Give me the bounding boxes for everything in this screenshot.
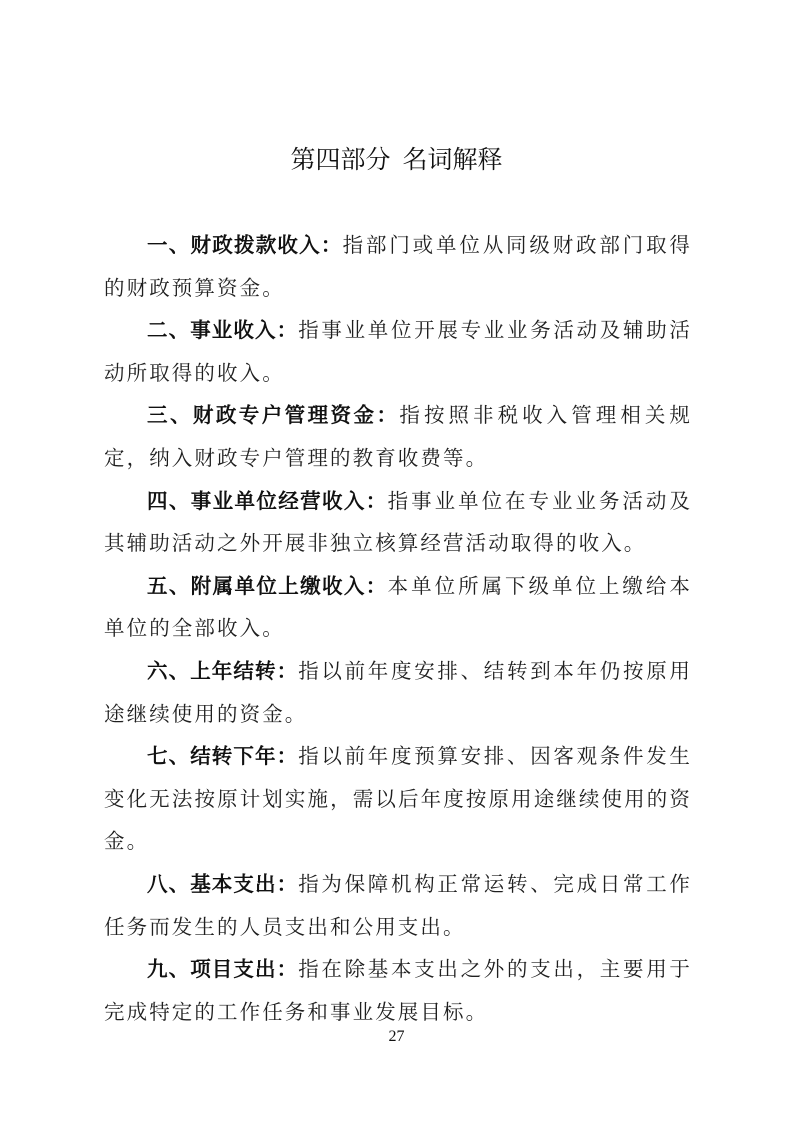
glossary-term: 九、项目支出： [147,957,298,981]
title-part: 第四部分 [290,145,390,174]
glossary-entry-6: 六、上年结转：指以前年度安排、结转到本年仍按原用途继续使用的资金。 [104,650,692,735]
glossary-entry-5: 五、附属单位上缴收入：本单位所属下级单位上缴给本单位的全部收入。 [104,565,692,650]
glossary-term: 八、基本支出： [147,872,298,896]
glossary-entry-2: 二、事业收入：指事业单位开展专业业务活动及辅助活动所取得的收入。 [104,309,692,394]
glossary-entry-9: 九、项目支出：指在除基本支出之外的支出，主要用于完成特定的工作任务和事业发展目标… [104,948,692,1033]
document-page: 第四部分名词解释 一、财政拨款收入：指部门或单位从同级财政部门取得的财政预算资金… [0,0,793,1122]
glossary-entry-7: 七、结转下年：指以前年度预算安排、因客观条件发生变化无法按原计划实施，需以后年度… [104,735,692,863]
glossary-term: 七、结转下年： [147,744,298,768]
glossary-term: 三、财政专户管理资金： [147,403,399,427]
glossary-term: 四、事业单位经营收入： [147,489,388,513]
glossary-entry-4: 四、事业单位经营收入：指事业单位在专业业务活动及其辅助活动之外开展非独立核算经营… [104,480,692,565]
glossary-term: 二、事业收入： [147,318,298,342]
glossary-entry-8: 八、基本支出：指为保障机构正常运转、完成日常工作任务而发生的人员支出和公用支出。 [104,863,692,948]
page-number: 27 [0,1028,793,1046]
glossary-entry-1: 一、财政拨款收入：指部门或单位从同级财政部门取得的财政预算资金。 [104,224,692,309]
glossary-entry-3: 三、财政专户管理资金：指按照非税收入管理相关规定，纳入财政专户管理的教育收费等。 [104,394,692,479]
page-title: 第四部分名词解释 [0,142,793,178]
title-name: 名词解释 [403,145,503,174]
glossary-term: 六、上年结转： [147,659,298,683]
glossary-list: 一、财政拨款收入：指部门或单位从同级财政部门取得的财政预算资金。 二、事业收入：… [104,224,692,1033]
glossary-term: 一、财政拨款收入： [147,233,343,257]
glossary-term: 五、附属单位上缴收入： [147,574,388,598]
